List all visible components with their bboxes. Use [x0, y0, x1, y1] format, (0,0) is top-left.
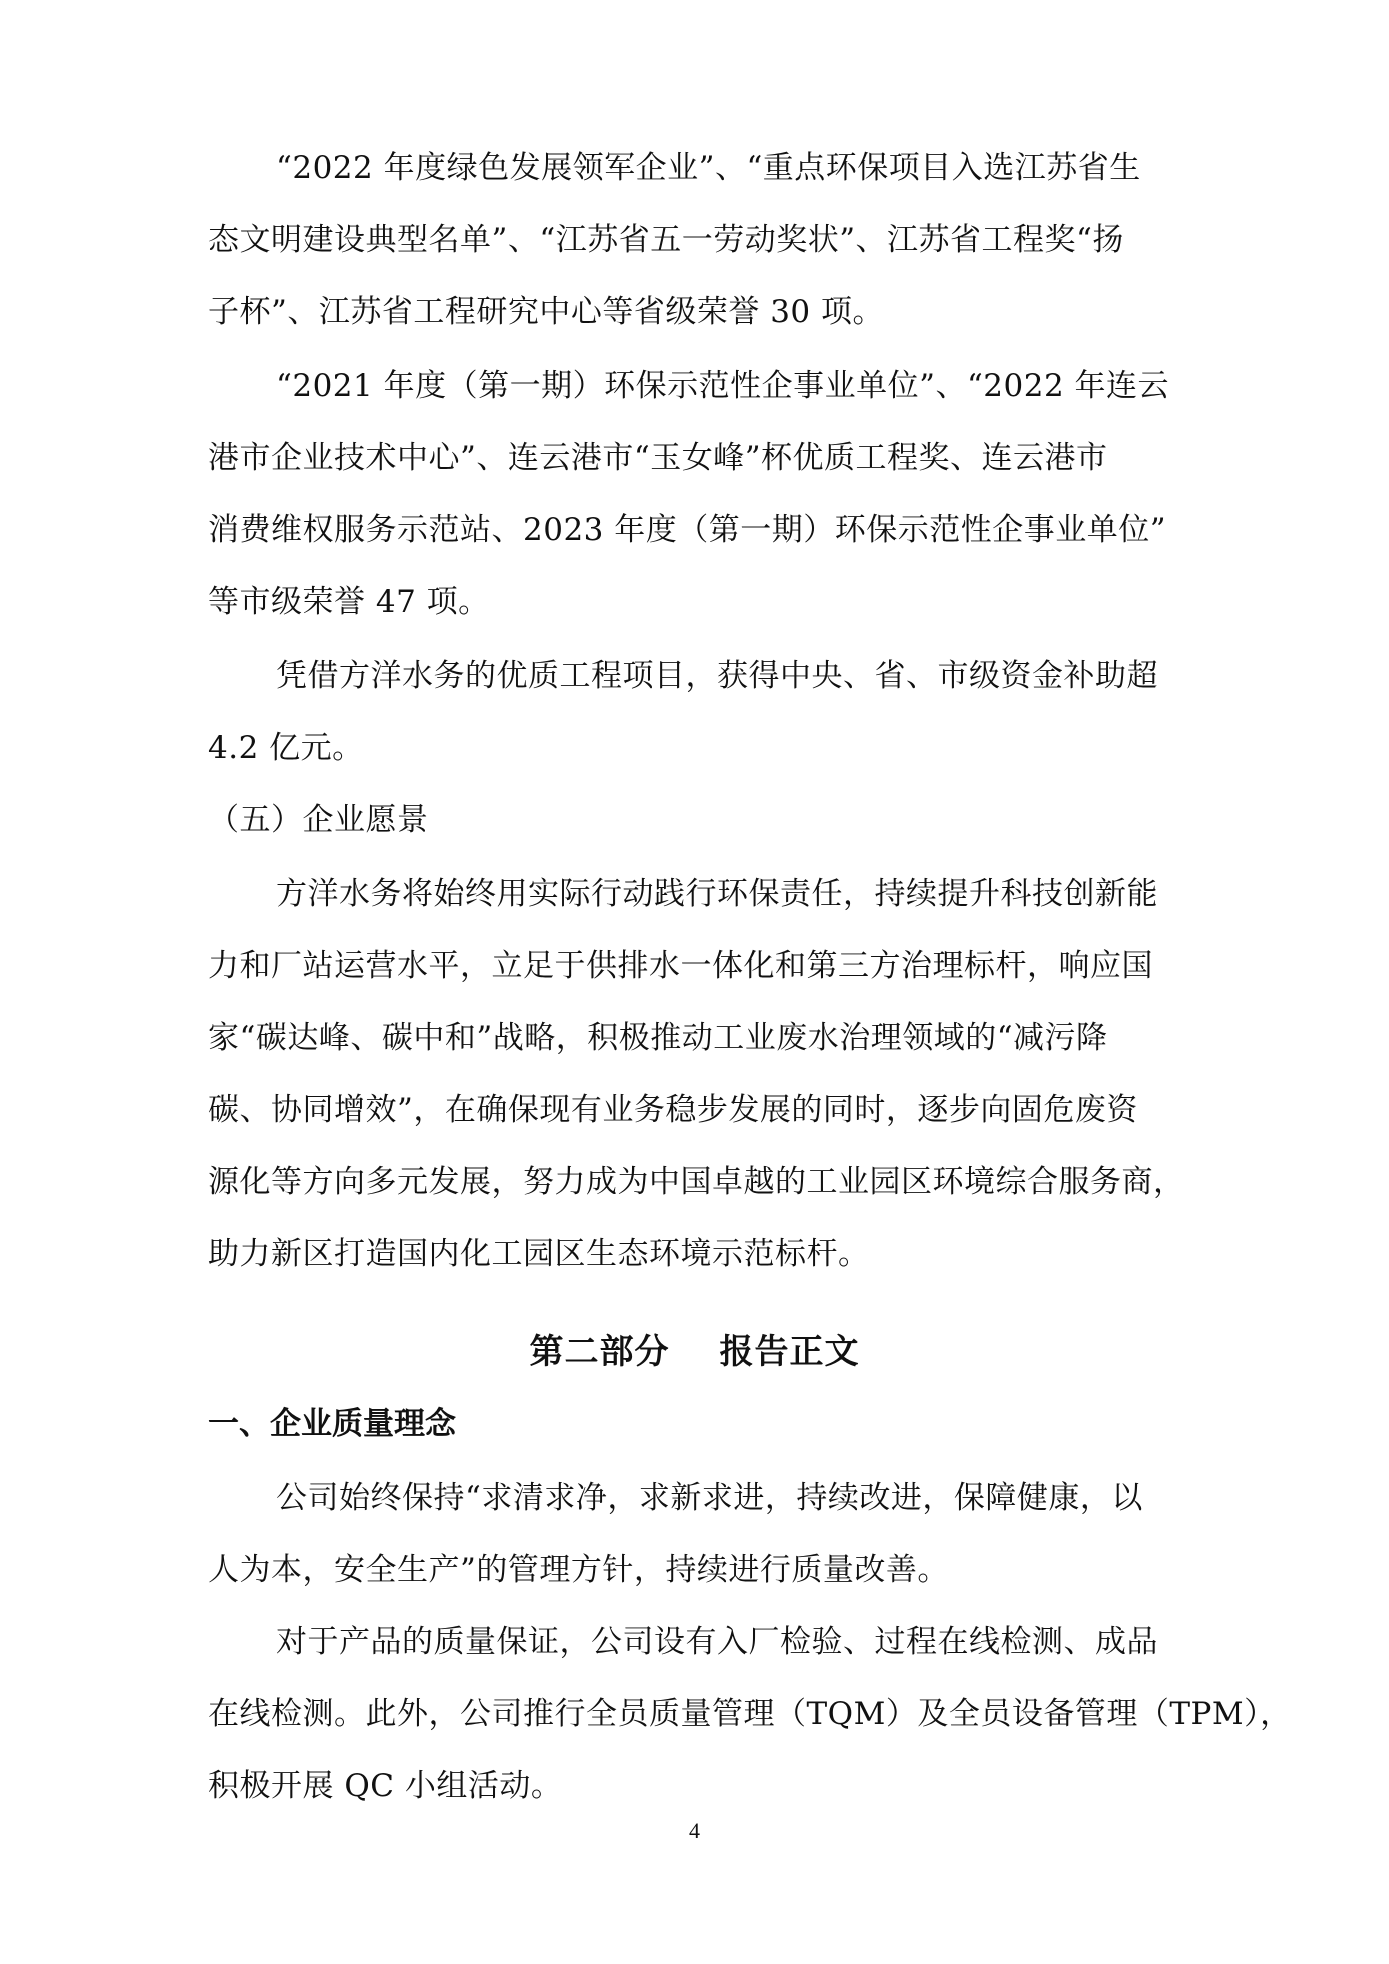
- paragraph-line: 助力新区打造国内化工园区生态环境示范标杆。: [208, 1234, 1188, 1274]
- paragraph-line: 碳、协同增效”，在确保现有业务稳步发展的同时，逐步向固危废资: [208, 1090, 1188, 1130]
- paragraph-line: “2021 年度（第一期）环保示范性企事业单位”、“2022 年连云: [276, 366, 1256, 406]
- paragraph-line: 积极开展 QC 小组活动。: [208, 1766, 1188, 1806]
- paragraph-line: 等市级荣誉 47 项。: [208, 582, 1188, 622]
- page-number: 4: [0, 1818, 1389, 1844]
- document-page: “2022 年度绿色发展领军企业”、“重点环保项目入选江苏省生 态文明建设典型名…: [0, 0, 1389, 1964]
- paragraph-line: 力和厂站运营水平，立足于供排水一体化和第三方治理标杆，响应国: [208, 946, 1188, 986]
- paragraph-line: 人为本，安全生产”的管理方针，持续进行质量改善。: [208, 1550, 1188, 1590]
- part-title: 第二部分报告正文: [0, 1330, 1389, 1374]
- paragraph-line: 源化等方向多元发展，努力成为中国卓越的工业园区环境综合服务商，: [208, 1162, 1188, 1202]
- paragraph-line: 子杯”、江苏省工程研究中心等省级荣誉 30 项。: [208, 292, 1188, 332]
- paragraph-line: 公司始终保持“求清求净，求新求进，持续改进，保障健康，以: [276, 1478, 1256, 1518]
- paragraph-line: 方洋水务将始终用实际行动践行环保责任，持续提升科技创新能: [276, 874, 1256, 914]
- part-title-right: 报告正文: [720, 1332, 860, 1372]
- section-title: 一、企业质量理念: [208, 1404, 456, 1444]
- subheading-vision: （五）企业愿景: [208, 800, 1188, 840]
- paragraph-line: “2022 年度绿色发展领军企业”、“重点环保项目入选江苏省生: [276, 148, 1256, 188]
- part-title-left: 第二部分: [530, 1332, 670, 1372]
- paragraph-line: 对于产品的质量保证，公司设有入厂检验、过程在线检测、成品: [276, 1622, 1256, 1662]
- paragraph-line: 4.2 亿元。: [208, 728, 1188, 768]
- paragraph-line: 在线检测。此外，公司推行全员质量管理（TQM）及全员设备管理（TPM），: [208, 1694, 1188, 1734]
- paragraph-line: 港市企业技术中心”、连云港市“玉女峰”杯优质工程奖、连云港市: [208, 438, 1188, 478]
- paragraph-line: 态文明建设典型名单”、“江苏省五一劳动奖状”、江苏省工程奖“扬: [208, 220, 1188, 260]
- paragraph-line: 凭借方洋水务的优质工程项目，获得中央、省、市级资金补助超: [276, 656, 1256, 696]
- paragraph-line: 消费维权服务示范站、2023 年度（第一期）环保示范性企事业单位”: [208, 510, 1188, 550]
- paragraph-line: 家“碳达峰、碳中和”战略，积极推动工业废水治理领域的“减污降: [208, 1018, 1188, 1058]
